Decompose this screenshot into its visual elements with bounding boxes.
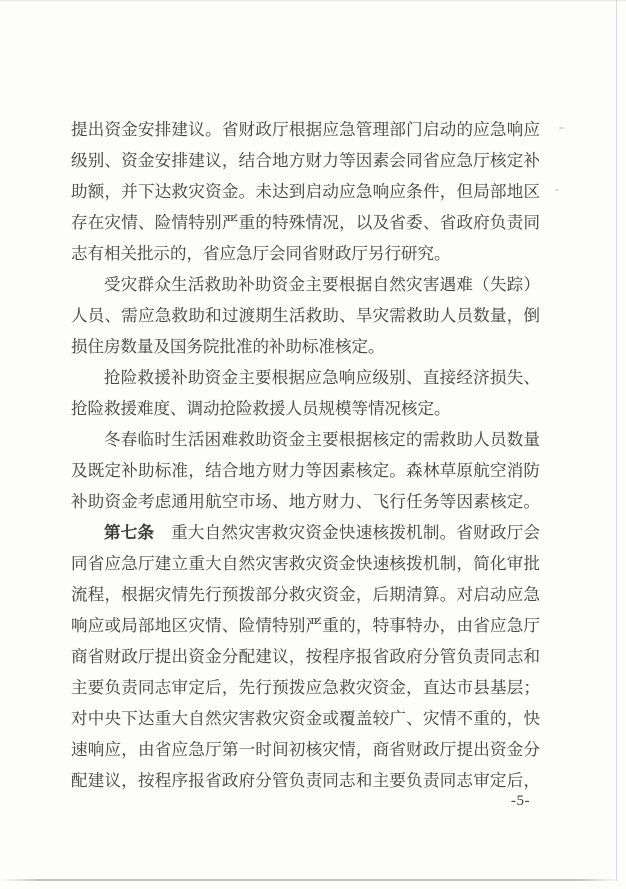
- text-line: 受灾群众生活救助补助资金主要根据自然灾害遇难（失踪）: [71, 269, 540, 300]
- text-line: 冬春临时生活困难救助资金主要根据核定的需救助人员数量: [71, 424, 540, 455]
- paragraph: 受灾群众生活救助补助资金主要根据自然灾害遇难（失踪）人员、需应急救助和过渡期生活…: [71, 269, 540, 362]
- text-line: 速响应，由省应急厅第一时间初核灾情，商省财政厅提出资金分: [71, 734, 540, 765]
- scan-top-edge: [0, 0, 626, 2]
- paragraph: 提出资金安排建议。省财政厅根据应急管理部门启动的应急响应级别、资金安排建议，结合…: [71, 114, 540, 269]
- text-line: 同省应急厅建立重大自然灾害救灾资金快速核拨机制，简化审批: [71, 548, 540, 579]
- scan-bottom-edge-line: [2, 879, 620, 881]
- text-line: 商省财政厅提出资金分配建议，按程序报省政府分管负责同志和: [71, 641, 540, 672]
- text-line: 及既定补助标准，结合地方财力等因素核定。森林草原航空消防: [71, 455, 540, 486]
- document-page: 提出资金安排建议。省财政厅根据应急管理部门启动的应急响应级别、资金安排建议，结合…: [0, 0, 626, 889]
- page-number: -5-: [511, 790, 530, 812]
- text-line: 志有相关批示的，省应急厅会同省财政厅另行研究。: [71, 238, 540, 269]
- scan-right-edge-line: [616, 0, 617, 881]
- text-line: 人员、需应急救助和过渡期生活救助、旱灾需救助人员数量，倒: [71, 300, 540, 331]
- scan-speck: [555, 189, 559, 191]
- text-line: 流程，根据灾情先行预拨部分救灾资金，后期清算。对启动应急: [71, 579, 540, 610]
- clause-text: 重大自然灾害救灾资金快速核拨机制。省财政厅会: [154, 523, 540, 542]
- paragraph: 冬春临时生活困难救助资金主要根据核定的需救助人员数量及既定补助标准，结合地方财力…: [71, 424, 540, 517]
- paragraph: 抢险救援补助资金主要根据应急响应级别、直接经济损失、抢险救援难度、调动抢险救援人…: [71, 362, 540, 424]
- text-line: 响应或局部地区灾情、险情特别严重的，特事特办，由省应急厅: [71, 610, 540, 641]
- text-line: 配建议，按程序报省政府分管负责同志和主要负责同志审定后，: [71, 765, 540, 796]
- text-line: 抢险救援补助资金主要根据应急响应级别、直接经济损失、: [71, 362, 540, 393]
- document-body: 提出资金安排建议。省财政厅根据应急管理部门启动的应急响应级别、资金安排建议，结合…: [71, 114, 540, 796]
- text-line: 助额，并下达救灾资金。未达到启动应急响应条件，但局部地区: [71, 176, 540, 207]
- text-line: 损住房数量及国务院批准的补助标准核定。: [71, 331, 540, 362]
- text-line: 抢险救援难度、调动抢险救援人员规模等情况核定。: [71, 393, 540, 424]
- clause-number: 第七条: [104, 523, 154, 542]
- text-line: 第七条 重大自然灾害救灾资金快速核拨机制。省财政厅会: [71, 517, 540, 548]
- scan-speck: [559, 127, 564, 129]
- text-line: 提出资金安排建议。省财政厅根据应急管理部门启动的应急响应: [71, 114, 540, 145]
- text-line: 对中央下达重大自然灾害救灾资金或覆盖较广、灾情不重的，快: [71, 703, 540, 734]
- text-line: 存在灾情、险情特别严重的特殊情况，以及省委、省政府负责同: [71, 207, 540, 238]
- text-line: 级别、资金安排建议，结合地方财力等因素会同省应急厅核定补: [71, 145, 540, 176]
- paragraph: 第七条 重大自然灾害救灾资金快速核拨机制。省财政厅会同省应急厅建立重大自然灾害救…: [71, 517, 540, 796]
- text-line: 补助资金考虑通用航空市场、地方财力、飞行任务等因素核定。: [71, 486, 540, 517]
- text-line: 主要负责同志审定后，先行预拨应急救灾资金，直达市县基层；: [71, 672, 540, 703]
